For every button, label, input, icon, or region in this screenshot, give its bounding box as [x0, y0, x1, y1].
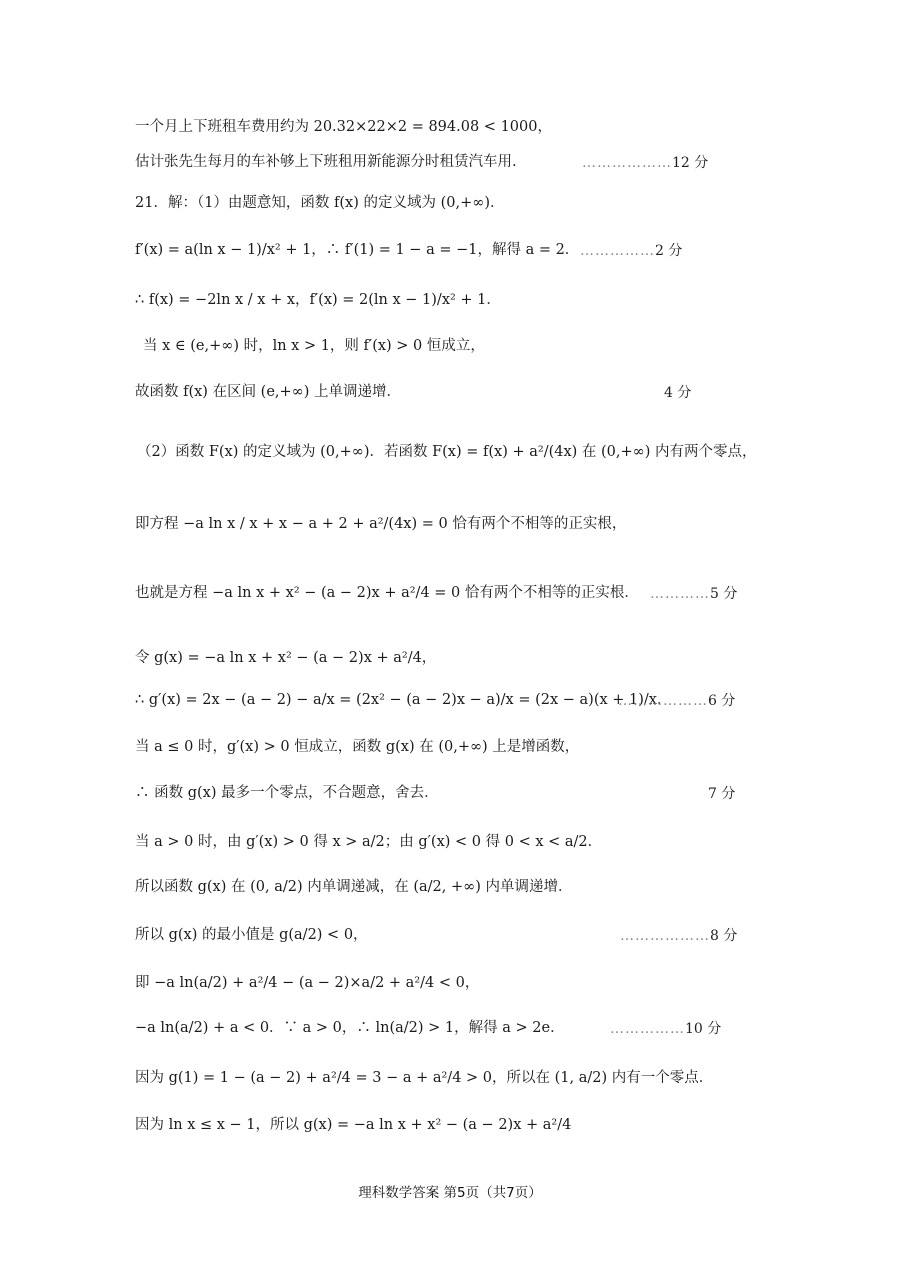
formula-line: ∴ g′(x) = 2x − (a − 2) − a/x = (2x² − (a… — [135, 690, 671, 710]
formula-line: 因为 ln x ≤ x − 1，所以 g(x) = −a ln x + x² −… — [135, 1115, 571, 1135]
score-marker: ……………10 分 — [610, 1018, 721, 1038]
score-marker: …………5 分 — [650, 583, 737, 603]
score-label: 5 分 — [710, 586, 737, 602]
text-line: 当 x ∈ (e,+∞) 时，ln x > 1，则 f′(x) > 0 恒成立， — [143, 336, 485, 356]
score-marker: ……………2 分 — [580, 240, 682, 260]
score-label: 10 分 — [685, 1021, 721, 1037]
text-line: 所以函数 g(x) 在 (0, a/2) 内单调递减，在 (a/2, +∞) 内… — [135, 877, 572, 897]
formula-line: ∴ f(x) = −2ln x / x + x，f′(x) = 2(ln x −… — [135, 290, 501, 310]
text-line: 估计张先生每月的车补够上下班租用新能源分时租赁汽车用. — [135, 152, 517, 172]
text-line: （2）函数 F(x) 的定义域为 (0,+∞)．若函数 F(x) = f(x) … — [137, 442, 757, 462]
text-line: 即方程 −a ln x / x + x − a + 2 + a²/(4x) = … — [135, 514, 626, 534]
score-marker: ………………12 分 — [582, 152, 708, 172]
score-label: 6 分 — [708, 693, 735, 709]
formula-line: 即 −a ln(a/2) + a²/4 − (a − 2)×a/2 + a²/4… — [135, 973, 479, 993]
formula-line: 因为 g(1) = 1 − (a − 2) + a²/4 = 3 − a + a… — [135, 1068, 713, 1088]
score-label: 12 分 — [672, 155, 708, 171]
text-line: 当 a ≤ 0 时，g′(x) > 0 恒成立，函数 g(x) 在 (0,+∞)… — [135, 737, 579, 757]
score-marker: ………………8 分 — [620, 925, 737, 945]
score-dots: ……………… — [582, 155, 672, 171]
score-dots: ……………… — [620, 928, 710, 944]
formula-line: −a ln(a/2) + a < 0．∵ a > 0，∴ ln(a/2) > 1… — [135, 1018, 565, 1038]
score-marker: 7 分 — [708, 783, 735, 803]
text-line: 一个月上下班租车费用约为 20.32×22×2 = 894.08 < 1000， — [135, 117, 552, 137]
text-line: 当 a > 0 时，由 g′(x) > 0 得 x > a/2；由 g′(x) … — [135, 832, 602, 852]
text-line: 所以 g(x) 的最小值是 g(a/2) < 0， — [135, 925, 368, 945]
text-line: 21．解：（1）由题意知，函数 f(x) 的定义域为 (0,+∞)． — [135, 193, 505, 213]
score-label: 8 分 — [710, 928, 737, 944]
score-dots: ………… — [650, 586, 710, 602]
score-label: 7 分 — [708, 786, 735, 802]
score-label: 4 分 — [664, 385, 691, 401]
score-label: 2 分 — [655, 243, 682, 259]
text-line: ∴ 函数 g(x) 最多一个零点，不合题意，舍去． — [135, 783, 439, 803]
score-marker: ………………6 分 — [618, 690, 735, 710]
formula-line: f′(x) = a(ln x − 1)/x² + 1，∴ f′(1) = 1 −… — [135, 240, 579, 260]
formula-line: 令 g(x) = −a ln x + x² − (a − 2)x + a²/4， — [135, 648, 436, 668]
page-footer: 理科数学答案 第5页（共7页） — [0, 1181, 900, 1201]
text-line: 也就是方程 −a ln x + x² − (a − 2)x + a²/4 = 0… — [135, 583, 639, 603]
score-dots: …………… — [580, 243, 655, 259]
score-dots: ……………… — [618, 693, 708, 709]
text-line: 故函数 f(x) 在区间 (e,+∞) 上单调递增． — [135, 382, 401, 402]
score-marker: 4 分 — [664, 382, 691, 402]
score-dots: …………… — [610, 1021, 685, 1037]
